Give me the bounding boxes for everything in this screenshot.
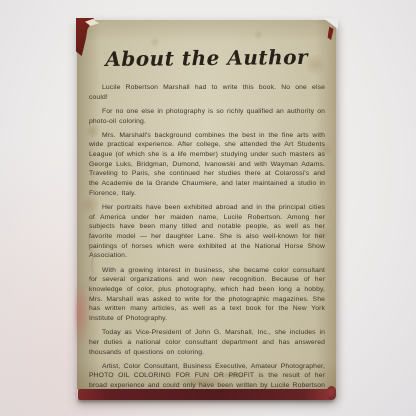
paragraph-portraits: Her portraits have been exhibited abroad… xyxy=(89,203,325,261)
book-board-bottom-edge xyxy=(78,389,335,400)
paragraph-business: With a growing interest in business, she… xyxy=(89,266,325,324)
paragraph-intro: Lucile Robertson Marshall had to write t… xyxy=(89,83,325,102)
about-text-block: Lucile Robertson Marshall had to write t… xyxy=(89,83,325,400)
page-title: About the Author xyxy=(77,19,337,74)
photo-background: About the Author Lucile Robertson Marsha… xyxy=(0,0,416,416)
paragraph-background: Mrs. Marshall's background combines the … xyxy=(89,131,325,199)
paragraph-qualification: For no one else in photography is so ric… xyxy=(89,107,325,126)
dust-jacket: About the Author Lucile Robertson Marsha… xyxy=(77,20,336,390)
board-corner-bump xyxy=(327,386,336,400)
book-back-cover: About the Author Lucile Robertson Marsha… xyxy=(77,20,336,400)
pencil-scribbles xyxy=(81,220,111,300)
paragraph-today: Today as Vice-President of John G. Marsh… xyxy=(89,328,325,357)
